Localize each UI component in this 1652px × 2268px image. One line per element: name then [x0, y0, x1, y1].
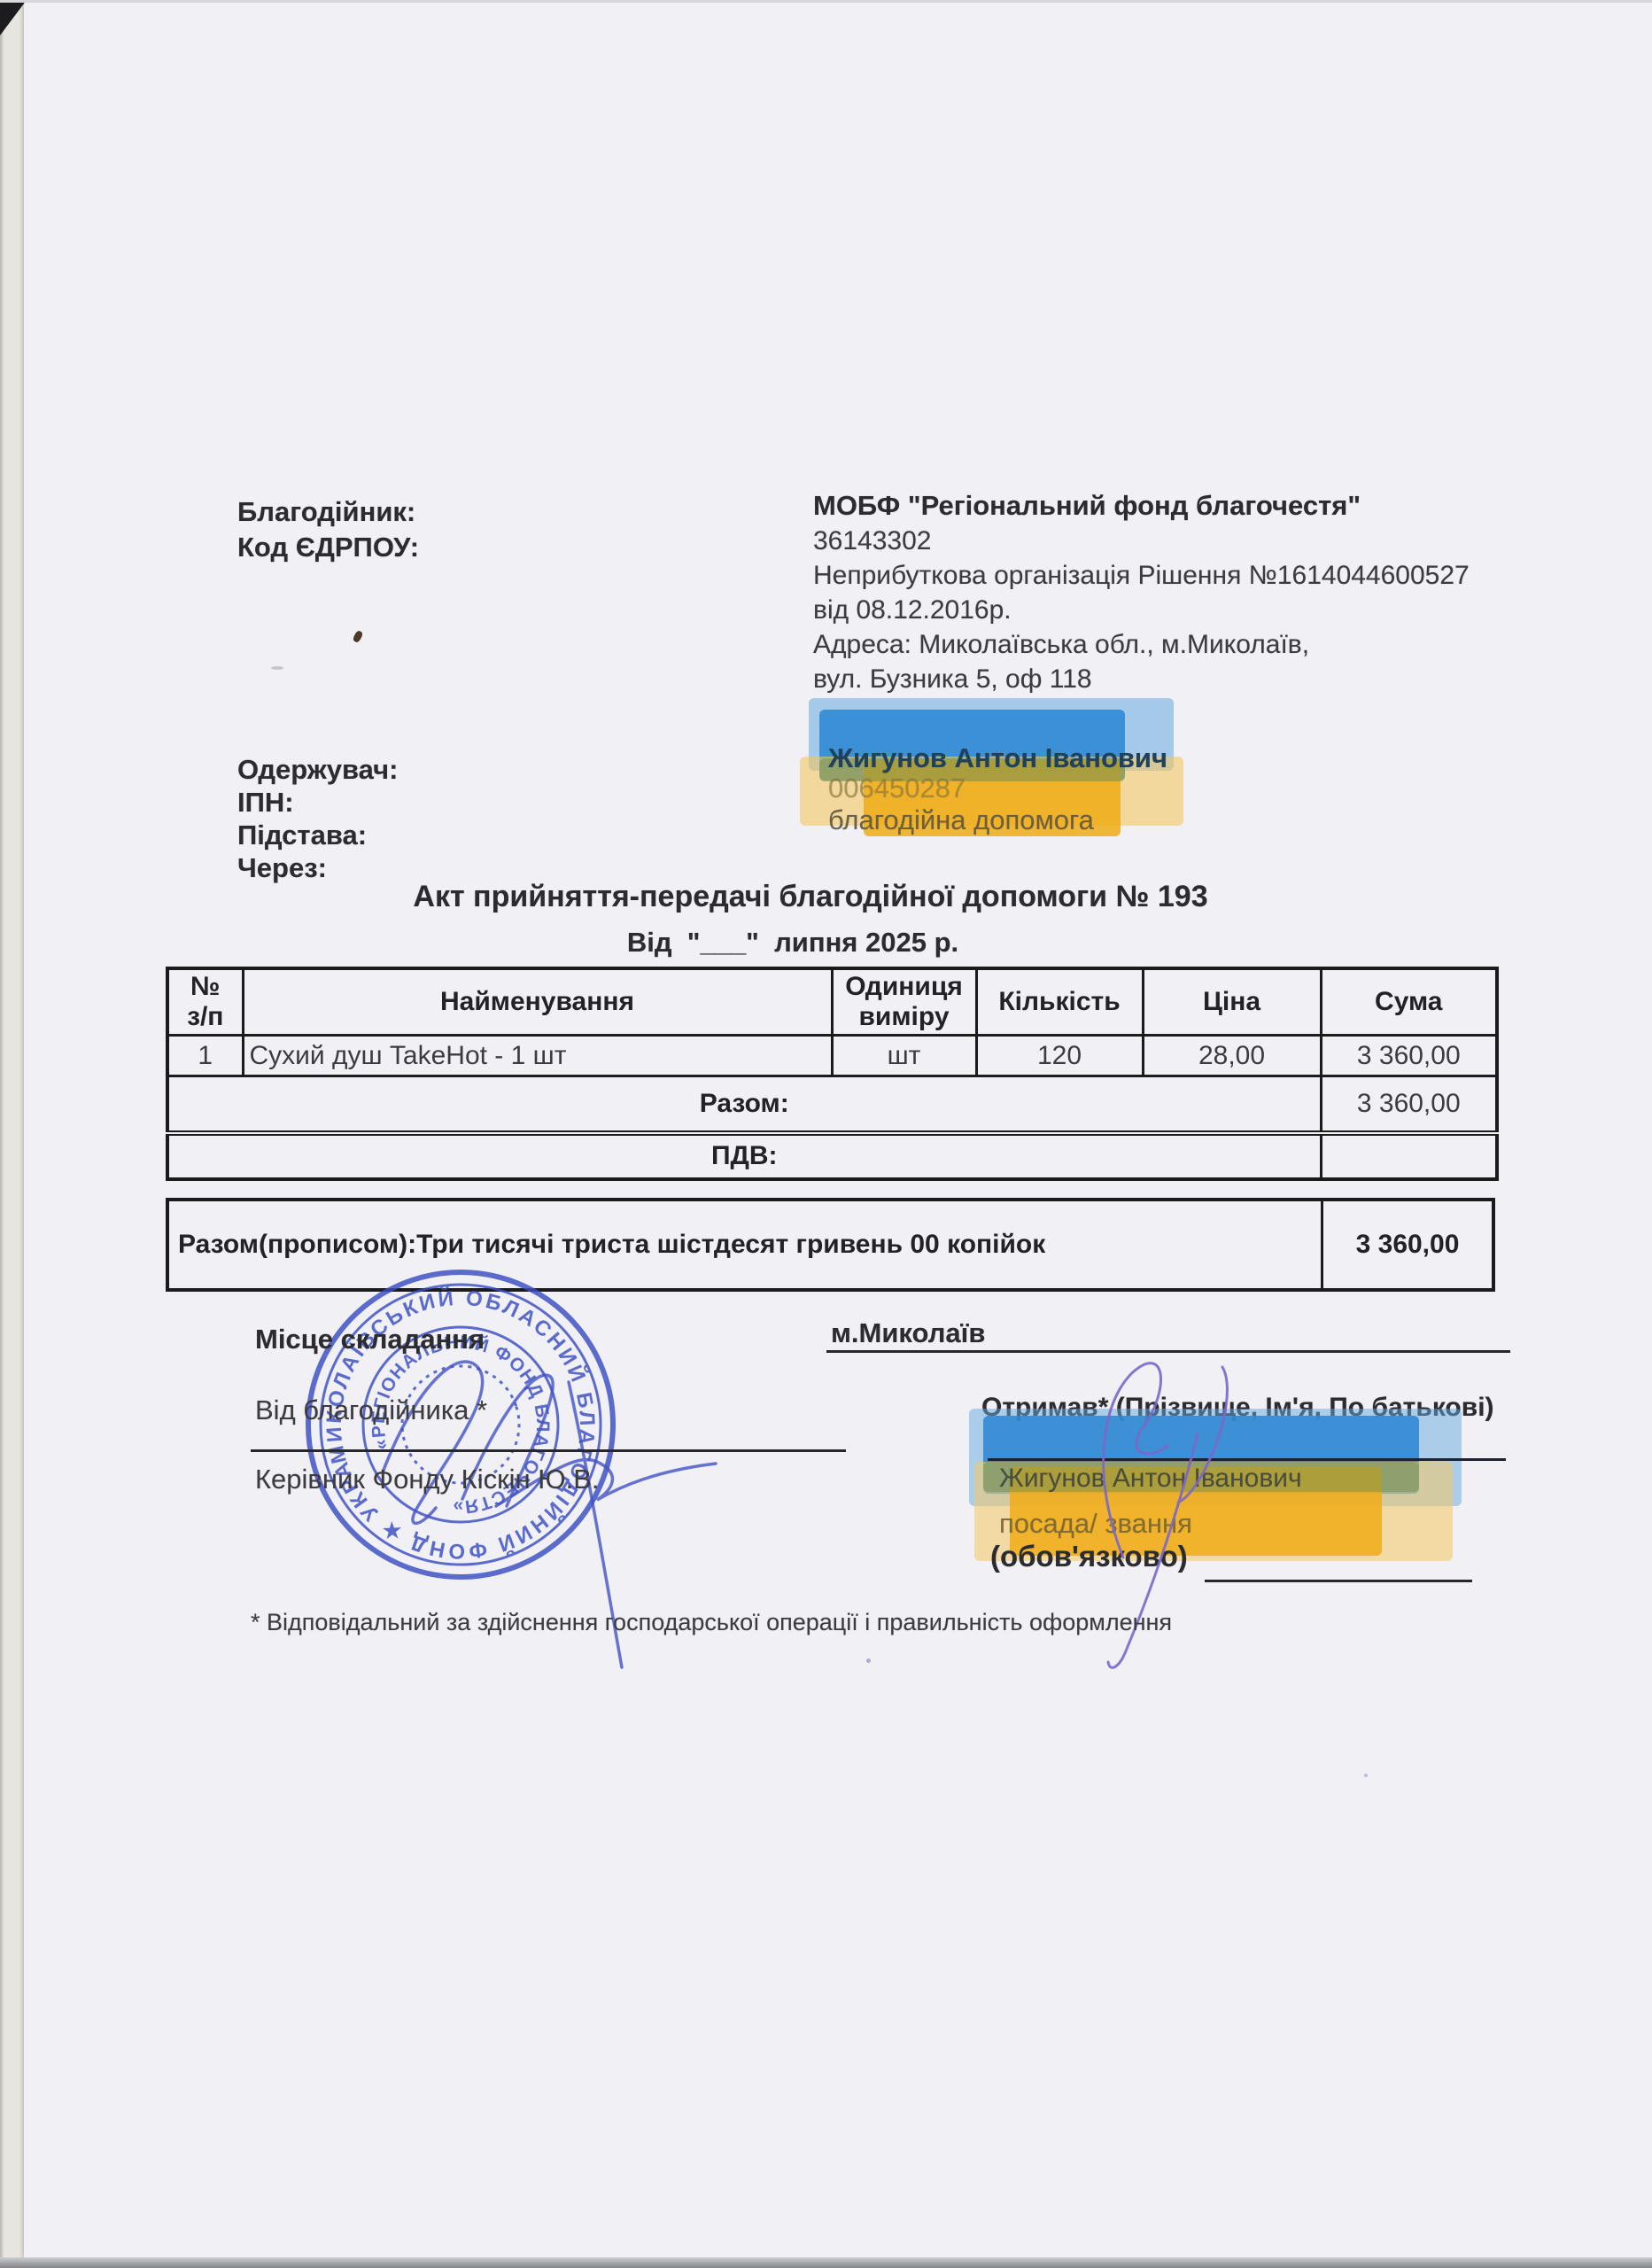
scanned-act-document: Благодійник: Код ЄДРПОУ: МОБФ "Регіональ… — [0, 0, 1652, 2268]
scan-speck — [866, 1658, 871, 1663]
scan-speck — [1364, 1774, 1368, 1777]
footnote: * Відповідальний за здійснення господарс… — [251, 1609, 1172, 1636]
recipient-signature-ink — [0, 0, 1652, 2268]
scan-speck — [271, 666, 283, 670]
